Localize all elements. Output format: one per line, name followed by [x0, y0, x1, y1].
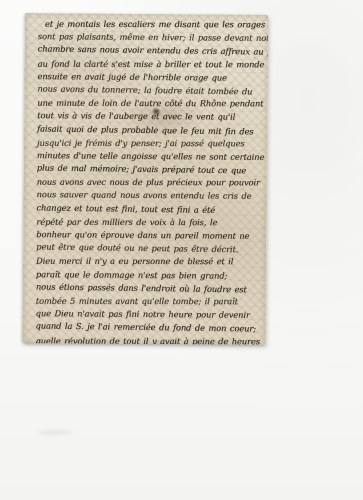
scanned-letter-background: et je montais les escaliers me disant qu… [0, 0, 363, 500]
handwritten-line: chambre sans nous avoir entendu des cris… [38, 43, 262, 59]
handwritten-line: quand la S. je l'ai remerciée du fond de… [35, 320, 259, 336]
scanner-smudge [38, 430, 72, 435]
rust-speck [258, 24, 261, 27]
handwritten-line: jusqu'ici je frémis d'y penser; j'ai pas… [37, 136, 261, 150]
rust-speck [83, 313, 85, 315]
handwritten-line: tombée 5 minutes avant qu'elle tombe; il… [36, 295, 260, 309]
rust-speck [254, 57, 256, 59]
handwritten-line: une minute de loin de l'autre côté du Rh… [37, 97, 261, 111]
handwritten-line: au fond la clarté s'est mise à briller e… [38, 57, 262, 71]
handwritten-text-block: et je montais les escaliers me disant qu… [35, 17, 262, 345]
handwritten-line: et je montais les escaliers me disant qu… [38, 18, 262, 32]
handwritten-line: Dieu merci il n'y a eu personne de bless… [36, 255, 260, 269]
handwritten-line: répété par des milliers de voix à la foi… [36, 215, 260, 229]
ink-blot [152, 108, 160, 115]
handwritten-line: quelle révolution de tout il y avait à p… [35, 334, 259, 345]
handwritten-line: nous avons avec nous de plus précieux po… [37, 176, 261, 190]
letter-paper: et je montais les escaliers me disant qu… [22, 13, 268, 345]
